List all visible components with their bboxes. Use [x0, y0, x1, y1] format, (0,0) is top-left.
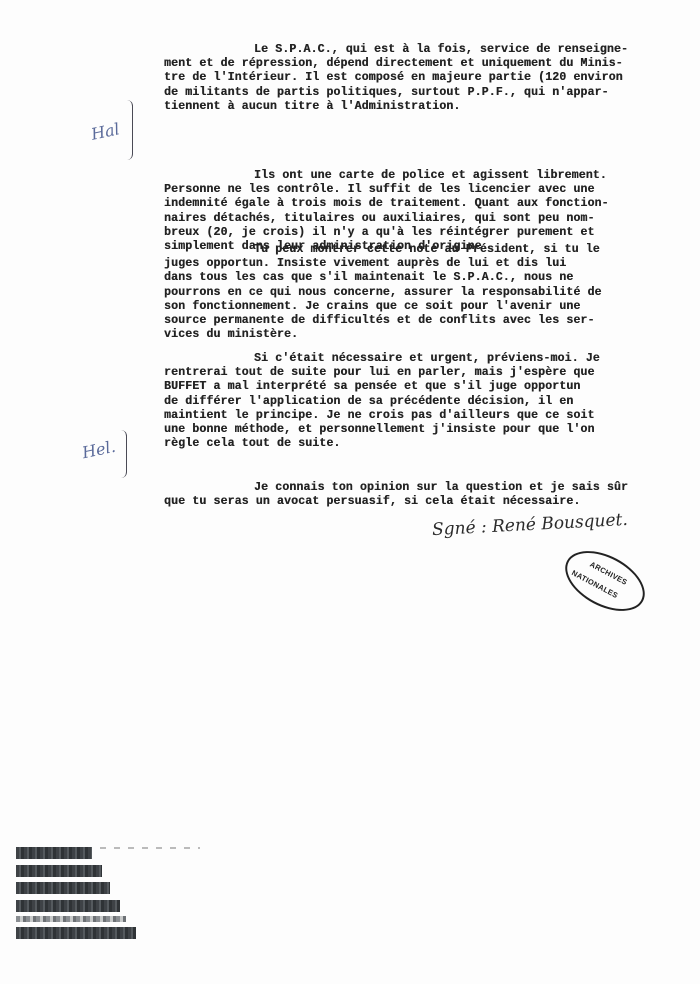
margin-bracket	[126, 100, 133, 160]
scan-bar	[16, 865, 102, 877]
text-line: une bonne méthode, et personnellement j'…	[164, 423, 694, 437]
scan-bar	[16, 900, 120, 912]
text-line: Si c'était nécessaire et urgent, prévien…	[164, 352, 694, 366]
text-line: Je connais ton opinion sur la question e…	[164, 481, 694, 495]
margin-annotation: Hal	[89, 119, 121, 144]
text-line: tiennent à aucun titre à l'Administratio…	[164, 100, 694, 114]
text-line: de militants de partis politiques, surto…	[164, 86, 694, 100]
text-line: tre de l'Intérieur. Il est composé en ma…	[164, 71, 694, 85]
paragraph-president-note: Tu peux montrer cette note au Président,…	[164, 243, 694, 342]
signature: Sgné : René Bousquet.	[432, 510, 629, 540]
margin-annotation: Hel.	[80, 437, 117, 463]
text-line: de différer l'application de sa précéden…	[164, 395, 694, 409]
text-line: dans tous les cas que s'il maintenait le…	[164, 271, 694, 285]
text-line: naires détachés, titulaires ou auxiliair…	[164, 212, 694, 226]
text-line: ment et de répression, dépend directemen…	[164, 57, 694, 71]
scan-bar	[16, 882, 110, 894]
text-line: pourrons en ce qui nous concerne, assure…	[164, 286, 694, 300]
text-line: juges opportun. Insiste vivement auprès …	[164, 257, 694, 271]
text-line: Personne ne les contrôle. Il suffit de l…	[164, 183, 694, 197]
text-line: Tu peux montrer cette note au Président,…	[164, 243, 694, 257]
text-line: que tu seras un avocat persuasif, si cel…	[164, 495, 694, 509]
text-line: source permanente de difficultés et de c…	[164, 314, 694, 328]
scan-bar	[16, 927, 136, 939]
text-line: règle cela tout de suite.	[164, 437, 694, 451]
scan-artifact-bars	[16, 843, 156, 953]
paragraph-spac-description: Le S.P.A.C., qui est à la fois, service …	[164, 43, 694, 114]
scan-bar	[16, 847, 92, 859]
text-line: maintient le principe. Je ne crois pas d…	[164, 409, 694, 423]
document-page: Le S.P.A.C., qui est à la fois, service …	[0, 0, 700, 984]
archives-nationales-stamp: ARCHIVES NATIONALES	[555, 539, 654, 624]
text-line: Ils ont une carte de police et agissent …	[164, 169, 694, 183]
text-line: breux (20, je crois) il n'y a qu'à les r…	[164, 226, 694, 240]
text-line: indemnité égale à trois mois de traiteme…	[164, 197, 694, 211]
margin-bracket	[120, 430, 127, 478]
text-line: son fonctionnement. Je crains que ce soi…	[164, 300, 694, 314]
text-line: vices du ministère.	[164, 328, 694, 342]
paragraph-police-card: Ils ont une carte de police et agissent …	[164, 169, 694, 254]
scan-bar	[16, 916, 126, 922]
paragraph-urgent: Si c'était nécessaire et urgent, prévien…	[164, 352, 694, 451]
text-line: rentrerai tout de suite pour lui en parl…	[164, 366, 694, 380]
text-line: BUFFET a mal interprété sa pensée et que…	[164, 380, 694, 394]
text-line: Le S.P.A.C., qui est à la fois, service …	[164, 43, 694, 57]
paragraph-closing: Je connais ton opinion sur la question e…	[164, 481, 694, 509]
